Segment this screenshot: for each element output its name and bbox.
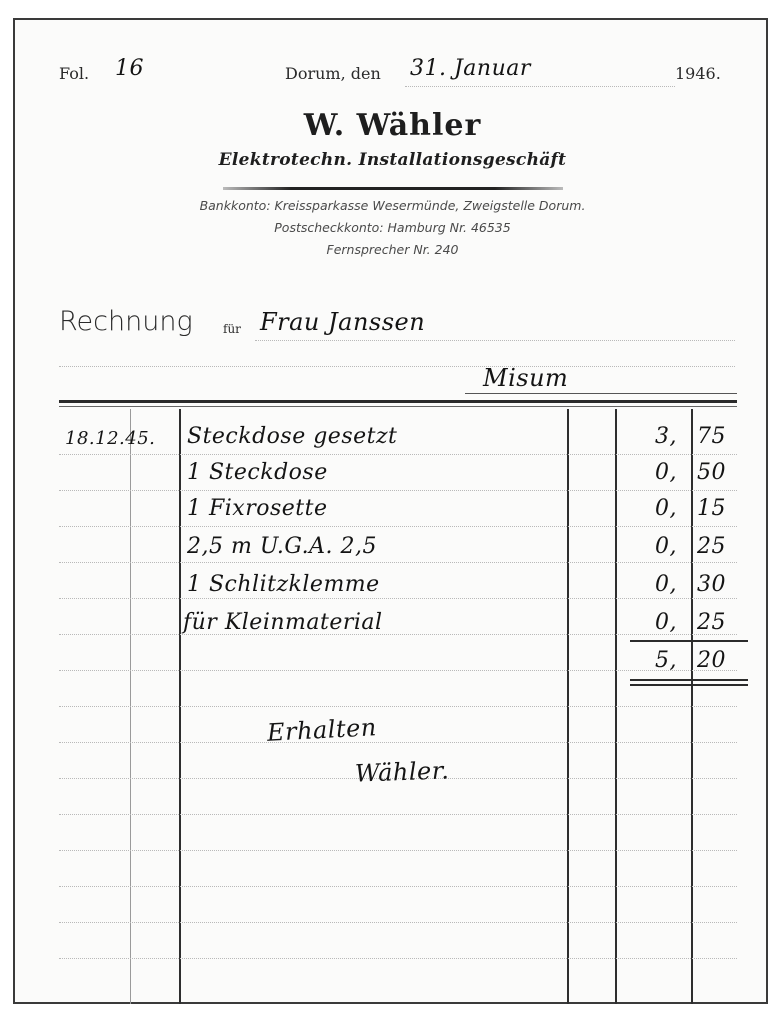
total-pf: 20: [697, 648, 726, 673]
business-type: Elektrotechn. Installationsgeschäft: [15, 150, 770, 170]
item-pf: 30: [697, 572, 726, 597]
ruling-line: [59, 850, 737, 851]
ruling-line: [59, 454, 737, 455]
item-date: 18.12.45.: [65, 428, 155, 449]
item-mark: 0,: [655, 534, 677, 559]
ruling-line: [59, 490, 737, 491]
item-description: 1 Schlitzklemme: [187, 572, 380, 597]
ruling-line: [59, 886, 737, 887]
signature: Wähler.: [355, 756, 450, 787]
place-underline: [465, 393, 737, 394]
ruling-line: [59, 922, 737, 923]
item-mark: 0,: [655, 610, 677, 635]
for-label: für: [223, 322, 241, 336]
total-double-rule-top: [630, 679, 748, 681]
letterhead-divider: [223, 187, 563, 190]
item-mark: 0,: [655, 496, 677, 521]
item-pf: 25: [697, 534, 726, 559]
item-pf: 50: [697, 460, 726, 485]
ruling-line: [59, 706, 737, 707]
place-label: Dorum, den: [285, 64, 381, 83]
item-description: 1 Steckdose: [187, 460, 328, 485]
item-description: 2,5 m U.G.A. 2,5: [187, 534, 377, 559]
ruling-line: [59, 562, 737, 563]
item-description: Steckdose gesetzt: [187, 424, 397, 449]
sum-rule: [630, 640, 748, 642]
item-description: 1 Fixrosette: [187, 496, 327, 521]
table-top-rule: [59, 400, 737, 403]
invoice-page: Fol. 16 Dorum, den 31. Januar 1946. W. W…: [13, 18, 768, 1004]
ruling-line: [59, 634, 737, 635]
ruling-line: [59, 598, 737, 599]
company-name: W. Wähler: [15, 108, 770, 143]
date-line: [405, 86, 675, 87]
ruling-line: [59, 526, 737, 527]
folio-label: Fol.: [59, 64, 89, 83]
item-pf: 25: [697, 610, 726, 635]
item-pf: 75: [697, 424, 726, 449]
item-mark: 3,: [655, 424, 677, 449]
received-note: Erhalten: [266, 713, 377, 747]
address-line: [59, 366, 735, 367]
total-double-rule-bottom: [630, 684, 748, 686]
ruling-line: [59, 958, 737, 959]
invoice-year: 1946.: [675, 64, 721, 83]
recipient-place: Misum: [483, 364, 568, 392]
invoice-title: Rechnung: [59, 306, 193, 337]
postal-account: Postscheckkonto: Hamburg Nr. 46535: [15, 217, 770, 239]
item-description: für Kleinmaterial: [183, 610, 383, 635]
total-mark: 5,: [655, 648, 677, 673]
table-top-rule-thin: [59, 406, 737, 407]
ruling-line: [59, 670, 737, 671]
item-mark: 0,: [655, 572, 677, 597]
ruling-line: [59, 742, 737, 743]
item-pf: 15: [697, 496, 726, 521]
phone-number: Fernsprecher Nr. 240: [15, 239, 770, 261]
invoice-date: 31. Januar: [410, 56, 531, 81]
recipient-line: [255, 340, 735, 341]
ruling-line: [59, 814, 737, 815]
item-mark: 0,: [655, 460, 677, 485]
bank-account: Bankkonto: Kreissparkasse Wesermünde, Zw…: [15, 195, 770, 217]
folio-number: 16: [115, 56, 144, 81]
recipient-name: Frau Janssen: [260, 308, 425, 336]
